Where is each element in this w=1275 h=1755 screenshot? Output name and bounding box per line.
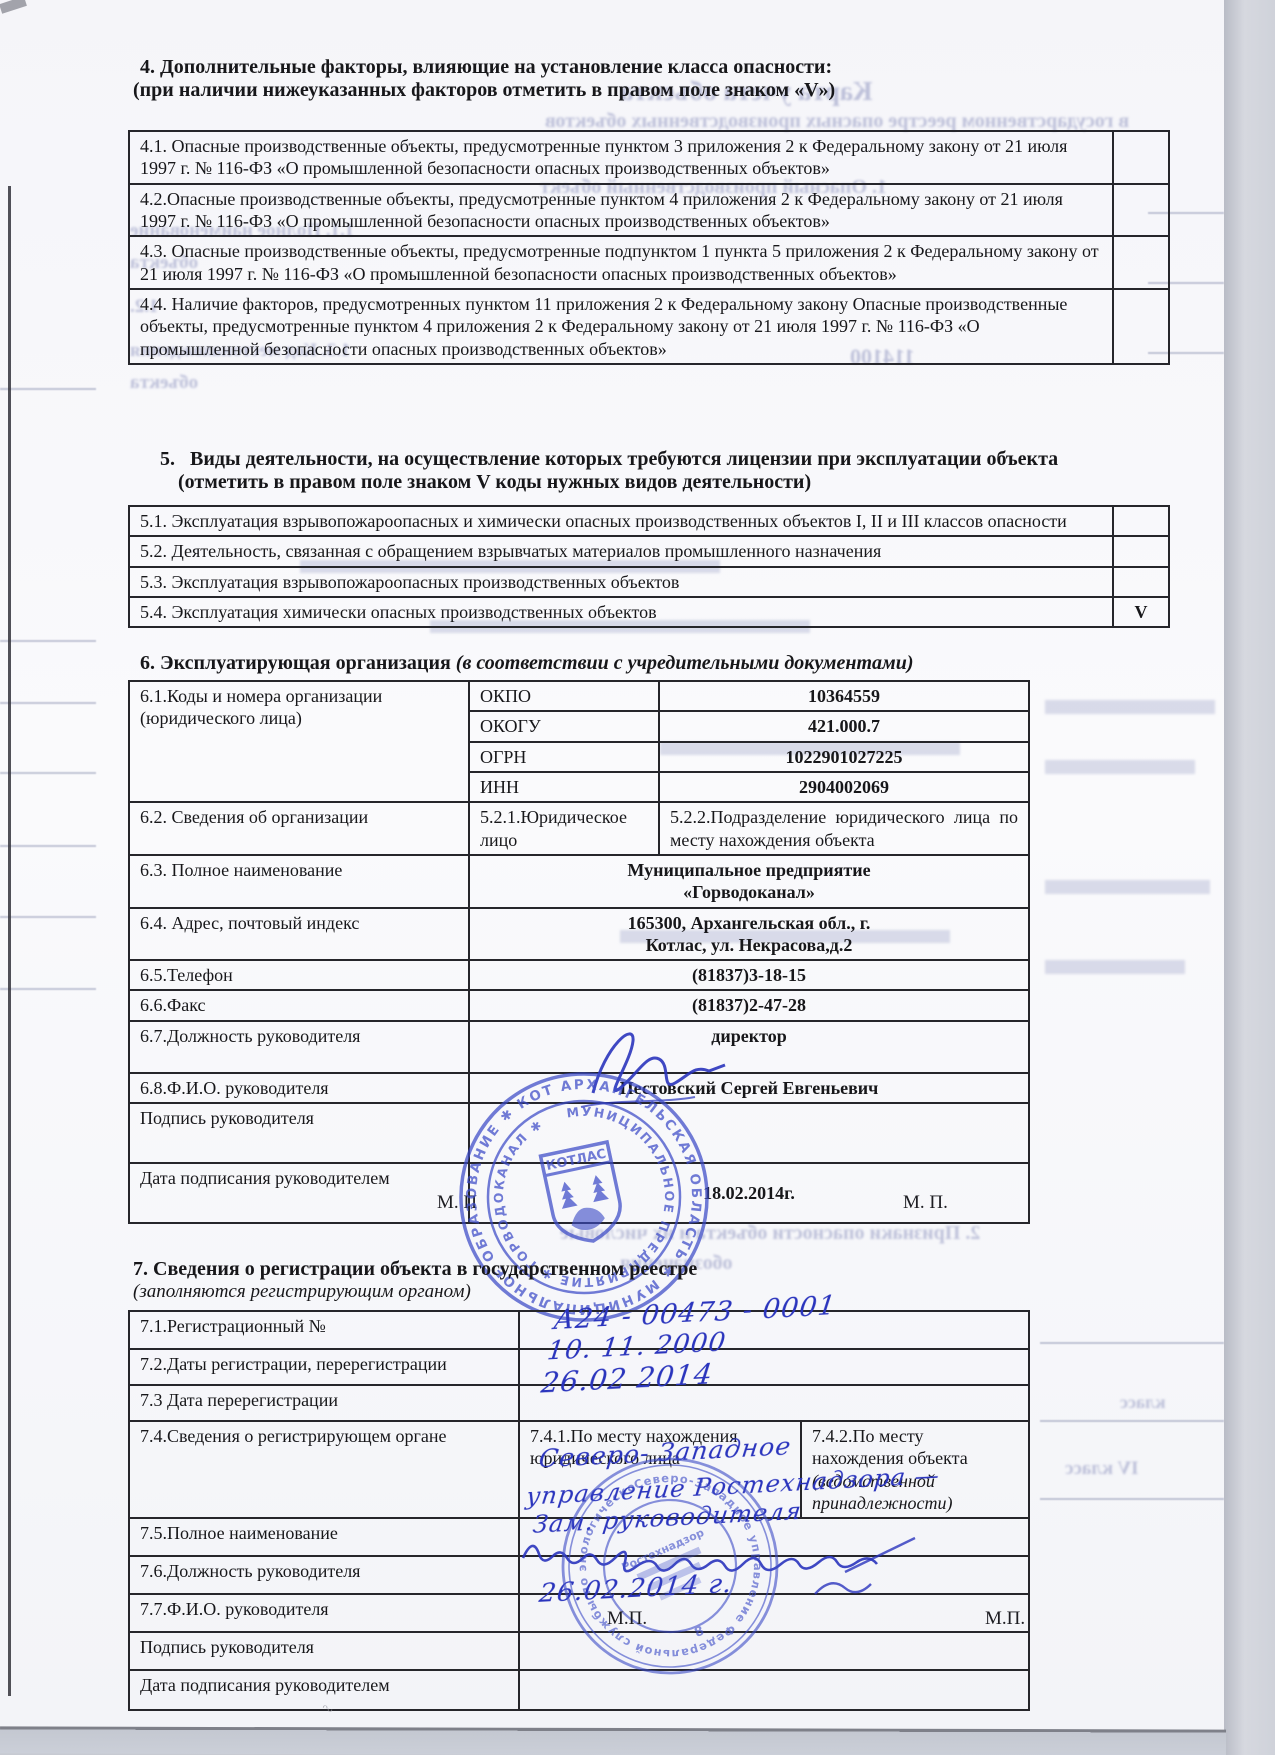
code-okogu-value: 421.000.7 <box>659 711 1029 741</box>
table-row: 4.2.Опасные производственные объекты, пр… <box>129 184 1169 237</box>
factor-4-2: 4.2.Опасные производственные объекты, пр… <box>129 184 1113 237</box>
section7-title: 7. Сведения о регистрации объекта в госу… <box>133 1258 697 1281</box>
section7-subtitle: (заполняются регистрирующим органом) <box>133 1281 697 1303</box>
reg-authority-label: 7.4.Сведения о регистрирующем органе <box>129 1421 519 1518</box>
code-inn-label: ИНН <box>469 772 659 802</box>
code-okpo-label: ОКПО <box>469 681 659 711</box>
org-address-value: 165300, Архангельская обл., г. Котлас, у… <box>469 908 1029 961</box>
bleedthrough-rule <box>0 388 96 390</box>
bleedthrough-rule <box>0 702 96 704</box>
factor-4-3-mark <box>1113 236 1169 289</box>
table-row: 6.5.Телефон (81837)3-18-15 <box>129 960 1029 990</box>
section6-heading: 6. Эксплуатирующая организация (в соотве… <box>140 652 914 675</box>
reg-dates-label: 7.2.Даты регистрации, перерегистрации <box>129 1349 519 1385</box>
org-fullname-value: Муниципальное предприятие «Горводоканал» <box>469 855 1029 908</box>
org-head-position-value: директор <box>469 1021 1029 1073</box>
activity-5-1: 5.1. Эксплуатация взрывопожароопасных и … <box>129 506 1113 536</box>
section4-subtitle: (при наличии нижеуказанных факторов отме… <box>133 79 1120 102</box>
bleedthrough-rule <box>1040 1342 1224 1344</box>
code-ogrn-value: 1022901027225 <box>659 742 1029 772</box>
page-left-edge-shadow <box>8 186 11 1696</box>
bleedthrough-rule <box>1040 1498 1224 1500</box>
code-ogrn-label: ОГРН <box>469 742 659 772</box>
org-fax-label: 6.6.Факс <box>129 990 469 1020</box>
org-phone-label: 6.5.Телефон <box>129 960 469 990</box>
authority-fullname-label: 7.5.Полное наименование <box>129 1518 519 1556</box>
table-row: 5.1. Эксплуатация взрывопожароопасных и … <box>129 506 1169 536</box>
activity-5-2-mark <box>1113 536 1169 566</box>
factor-4-3: 4.3. Опасные производственные объекты, п… <box>129 236 1113 289</box>
scanner-background-right <box>1224 0 1275 1755</box>
org-signature-label: Подпись руководителя <box>129 1103 469 1163</box>
table-row: 4.4. Наличие факторов, предусмотренных п… <box>129 289 1169 364</box>
org-fax-value: (81837)2-47-28 <box>469 990 1029 1020</box>
bleedthrough-rule <box>0 640 96 642</box>
table-row: 6.1.Коды и номера организации (юридическ… <box>129 681 1029 711</box>
activity-5-3-mark <box>1113 567 1169 597</box>
table-row: 5.3. Эксплуатация взрывопожароопасных пр… <box>129 567 1169 597</box>
table-row: 4.3. Опасные производственные объекты, п… <box>129 236 1169 289</box>
section4-table: 4.1. Опасные производственные объекты, п… <box>128 130 1170 365</box>
section5-table: 5.1. Эксплуатация взрывопожароопасных и … <box>128 505 1170 628</box>
section5-heading: 5. Виды деятельности, на осуществление к… <box>160 448 1160 494</box>
table-row: 5.4. Эксплуатация химически опасных прои… <box>129 597 1169 627</box>
authority-position-label: 7.6.Должность руководителя <box>129 1556 519 1594</box>
table-row: 5.2. Деятельность, связанная с обращение… <box>129 536 1169 566</box>
org-info-label: 6.2. Сведения об организации <box>129 802 469 855</box>
org-address-line2: Котлас, ул. Некрасова,д.2 <box>480 934 1018 956</box>
org-fullname-line2: «Горводоканал» <box>480 881 1018 903</box>
bleedthrough-line: объекта <box>130 372 198 394</box>
org-fullname-label: 6.3. Полное наименование <box>129 855 469 908</box>
bleedthrough-rule <box>0 916 96 918</box>
factor-4-4: 4.4. Наличие факторов, предусмотренных п… <box>129 289 1113 364</box>
bleedthrough-line: IV класс <box>1065 1458 1139 1480</box>
activity-5-3: 5.3. Эксплуатация взрывопожароопасных пр… <box>129 567 1113 597</box>
mp-seal-label-right-bottom: М.П. <box>985 1608 1025 1630</box>
mp-seal-label-left-bottom: М.П. <box>607 1608 647 1630</box>
bleedthrough-blur <box>1045 880 1210 894</box>
org-codes-label: 6.1.Коды и номера организации (юридическ… <box>129 681 469 802</box>
section6-title-note: (в соответствии с учредительными докумен… <box>451 652 914 674</box>
authority-signature-label: Подпись руководителя <box>129 1632 519 1670</box>
table-row: 4.1. Опасные производственные объекты, п… <box>129 131 1169 184</box>
bleedthrough-blur <box>1045 960 1185 974</box>
factor-4-1-mark <box>1113 131 1169 184</box>
table-row: 6.4. Адрес, почтовый индекс 165300, Арха… <box>129 908 1029 961</box>
bleedthrough-blur <box>1045 760 1195 774</box>
org-address-label: 6.4. Адрес, почтовый индекс <box>129 908 469 961</box>
bleedthrough-rule <box>0 772 96 774</box>
bleedthrough-rule <box>0 845 96 847</box>
org-signdate-label: Дата подписания руководителем <box>129 1163 469 1223</box>
mp-seal-label-right: М. П. <box>903 1192 948 1214</box>
activity-5-4-mark: V <box>1113 597 1169 627</box>
reg-authority-by-object-text: 7.4.2.По месту нахождения объекта <box>812 1426 968 1468</box>
section4-heading: 4. Дополнительные факторы, влияющие на у… <box>140 56 1120 102</box>
reg-number-label: 7.1.Регистрационный № <box>129 1311 519 1349</box>
activity-5-4: 5.4. Эксплуатация химически опасных прои… <box>129 597 1113 627</box>
table-row: 6.2. Сведения об организации 5.2.1.Юриди… <box>129 802 1029 855</box>
org-subdivision: 5.2.2.Подразделение юридического лица по… <box>659 802 1029 855</box>
bleedthrough-blur <box>1045 700 1215 714</box>
org-phone-value: (81837)3-18-15 <box>469 960 1029 990</box>
bleedthrough-rule <box>1040 1420 1224 1422</box>
factor-4-2-mark <box>1113 184 1169 237</box>
section6-title: 6. Эксплуатирующая организация <box>140 652 451 674</box>
paper-sheet: Карта учета объекта в государственном ре… <box>0 0 1224 1730</box>
stamp2-number: 8 <box>692 1624 706 1641</box>
org-head-position-label: 6.7.Должность руководителя <box>129 1021 469 1073</box>
factor-4-4-mark <box>1113 289 1169 364</box>
table-row: 6.3. Полное наименование Муниципальное п… <box>129 855 1029 908</box>
code-okogu-label: ОКОГУ <box>469 711 659 741</box>
org-legal-entity: 5.2.1.Юридическое лицо <box>469 802 659 855</box>
page-bottom-edge <box>0 1726 1226 1755</box>
bleedthrough-rule <box>0 988 96 990</box>
section5-subtitle: (отметить в правом поле знаком V коды ну… <box>178 471 1160 494</box>
scanned-document: { "s4": { "title1": "4. Дополнительные ф… <box>0 0 1275 1755</box>
factor-4-1: 4.1. Опасные производственные объекты, п… <box>129 131 1113 184</box>
authority-fio-label: 7.7.Ф.И.О. руководителя <box>129 1594 519 1632</box>
section4-title: 4. Дополнительные факторы, влияющие на у… <box>140 56 1120 79</box>
section5-title: 5. Виды деятельности, на осуществление к… <box>160 448 1160 471</box>
org-address-line1: 165300, Архангельская обл., г. <box>480 912 1018 934</box>
code-okpo-value: 10364559 <box>659 681 1029 711</box>
org-fullname-line1: Муниципальное предприятие <box>480 859 1018 881</box>
activity-5-1-mark <box>1113 506 1169 536</box>
rostekhnadzor-round-stamp: Северо-Западное управление Федеральной с… <box>556 1452 784 1680</box>
kotlas-coat-of-arms: КОТЛАС <box>541 1142 627 1248</box>
rereg-date-label: 7.3 Дата перерегистрации <box>129 1385 519 1421</box>
bleedthrough-line: класс <box>1120 1392 1165 1413</box>
code-inn-value: 2904002069 <box>659 772 1029 802</box>
section7-heading: 7. Сведения о регистрации объекта в госу… <box>133 1258 697 1303</box>
org-head-name-label: 6.8.Ф.И.О. руководителя <box>129 1073 469 1103</box>
activity-5-2: 5.2. Деятельность, связанная с обращение… <box>129 536 1113 566</box>
